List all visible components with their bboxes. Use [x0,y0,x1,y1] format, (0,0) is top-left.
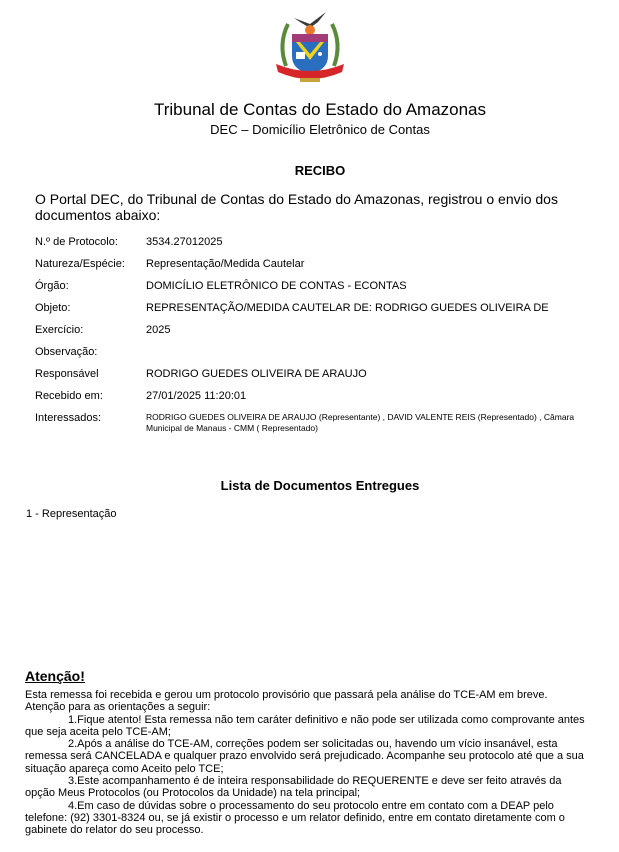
object-label: Objeto: [35,302,70,314]
organ-label: Órgão: [35,280,69,292]
system-subtitle: DEC – Domicílio Eletrônico de Contas [0,122,619,137]
notice-item: 1.Fique atento! Esta remessa não tem car… [25,714,585,739]
protocol-value: 3534.27012025 [146,236,222,248]
document-item: 1 - Representação [26,508,117,520]
nature-value: Representação/Medida Cautelar [146,258,304,270]
nature-label: Natureza/Espécie: [35,258,125,270]
receipt-heading: RECIBO [0,163,619,178]
notice-intro: Esta remessa foi recebida e gerou um pro… [25,689,585,714]
exercise-label: Exercício: [35,324,83,336]
notice-title: Atenção! [25,668,85,684]
documents-list-title: Lista de Documentos Entregues [0,478,619,493]
protocol-label: N.º de Protocolo: [35,236,118,248]
notice-item: 3.Este acompanhamento é de inteira respo… [25,775,585,800]
institution-title: Tribunal de Contas do Estado do Amazonas [0,100,619,120]
receipt-intro: O Portal DEC, do Tribunal de Contas do E… [35,191,565,223]
interested-value: RODRIGO GUEDES OLIVEIRA DE ARAUJO (Repre… [146,412,576,434]
organ-value: DOMICÍLIO ELETRÔNICO DE CONTAS - ECONTAS [146,280,407,292]
received-label: Recebido em: [35,390,103,402]
interested-label: Interessados: [35,412,101,424]
notice-item: 4.Em caso de dúvidas sobre o processamen… [25,800,585,837]
received-value: 27/01/2025 11:20:01 [146,390,246,402]
exercise-value: 2025 [146,324,170,336]
notice-item: 2.Após a análise do TCE-AM, correções po… [25,738,585,775]
responsible-label: Responsável [35,368,99,380]
coat-of-arms-icon [274,4,346,84]
object-value: REPRESENTAÇÃO/MEDIDA CAUTELAR DE: RODRIG… [146,302,549,314]
notice-body: Esta remessa foi recebida e gerou um pro… [25,689,585,837]
observation-label: Observação: [35,346,97,358]
responsible-value: RODRIGO GUEDES OLIVEIRA DE ARAUJO [146,368,367,380]
